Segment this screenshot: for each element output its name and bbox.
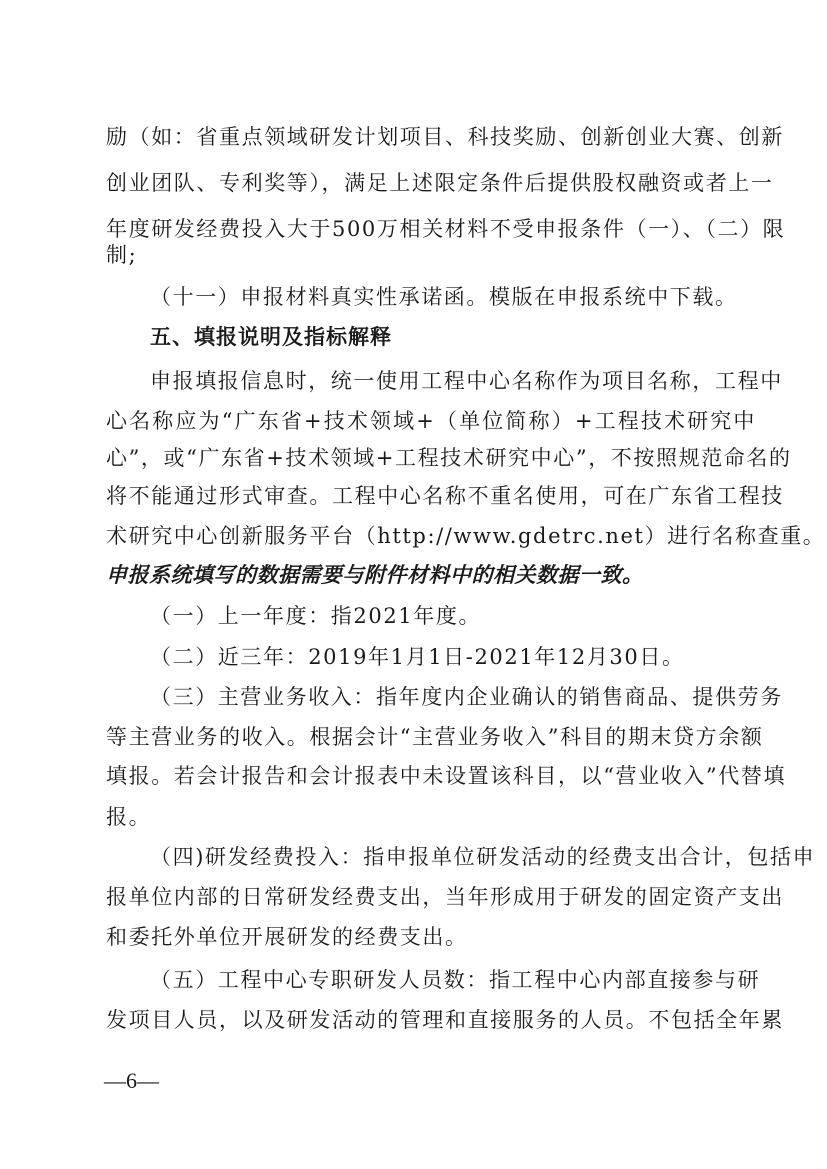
text-line: 报单位内部的日常研发经费支出，当年形成用于研发的固定资产支出 xyxy=(106,883,756,911)
text-line: 和委托外单位开展研发的经费支出。 xyxy=(106,923,756,951)
text-line: 等主营业务的收入。根据会计“主营业务收入”科目的期末贷方余额 xyxy=(106,723,756,751)
text-line: 创业团队、专利奖等），满足上述限定条件后提供股权融资或者上一 xyxy=(106,169,756,197)
text-line: 术研究中心创新服务平台（http://www.gdetrc.net）进行名称查重… xyxy=(106,522,756,550)
definition-item-3: （三）主营业务收入：指年度内企业确认的销售商品、提供劳务 xyxy=(150,683,756,711)
text-line: 将不能通过形式审查。工程中心名称不重名使用，可在广东省工程技 xyxy=(106,482,756,510)
text-line: 心名称应为“广东省+技术领域+（单位简称）+工程技术研究中 xyxy=(106,407,756,435)
text-line: 申报填报信息时，统一使用工程中心名称作为项目名称，工程中 xyxy=(150,367,756,395)
text-line: 报。 xyxy=(106,803,756,831)
page-number: —6— xyxy=(104,1068,159,1094)
definition-item-5: （五）工程中心专职研发人员数：指工程中心内部直接参与研 xyxy=(150,966,756,994)
definition-item-4: （四)研发经费投入：指申报单位研发活动的经费支出合计，包括申 xyxy=(150,843,756,871)
definition-item-2: （二）近三年：2019年1月1日-2021年12月30日。 xyxy=(150,643,756,671)
text-line: 年度研发经费投入大于500万相关材料不受申报条件（一）、（二）限 xyxy=(106,215,756,243)
text-line: 制; xyxy=(106,241,756,269)
definition-item-1: （一）上一年度：指2021年度。 xyxy=(150,602,756,630)
emphasis-note: 申报系统填写的数据需要与附件材料中的相关数据一致。 xyxy=(106,561,756,589)
text-line: 励（如：省重点领域研发计划项目、科技奖励、创新创业大赛、创新 xyxy=(106,123,756,151)
section-heading: 五、填报说明及指标解释 xyxy=(150,323,756,351)
text-line: 心”，或“广东省+技术领域+工程技术研究中心”，不按照规范命名的 xyxy=(106,444,756,472)
text-line: 发项目人员，以及研发活动的管理和直接服务的人员。不包括全年累 xyxy=(106,1006,756,1034)
text-line: 填报。若会计报告和会计报表中未设置该科目，以“营业收入”代替填 xyxy=(106,762,756,790)
list-item-11: （十一）申报材料真实性承诺函。模版在申报系统中下载。 xyxy=(150,283,756,311)
